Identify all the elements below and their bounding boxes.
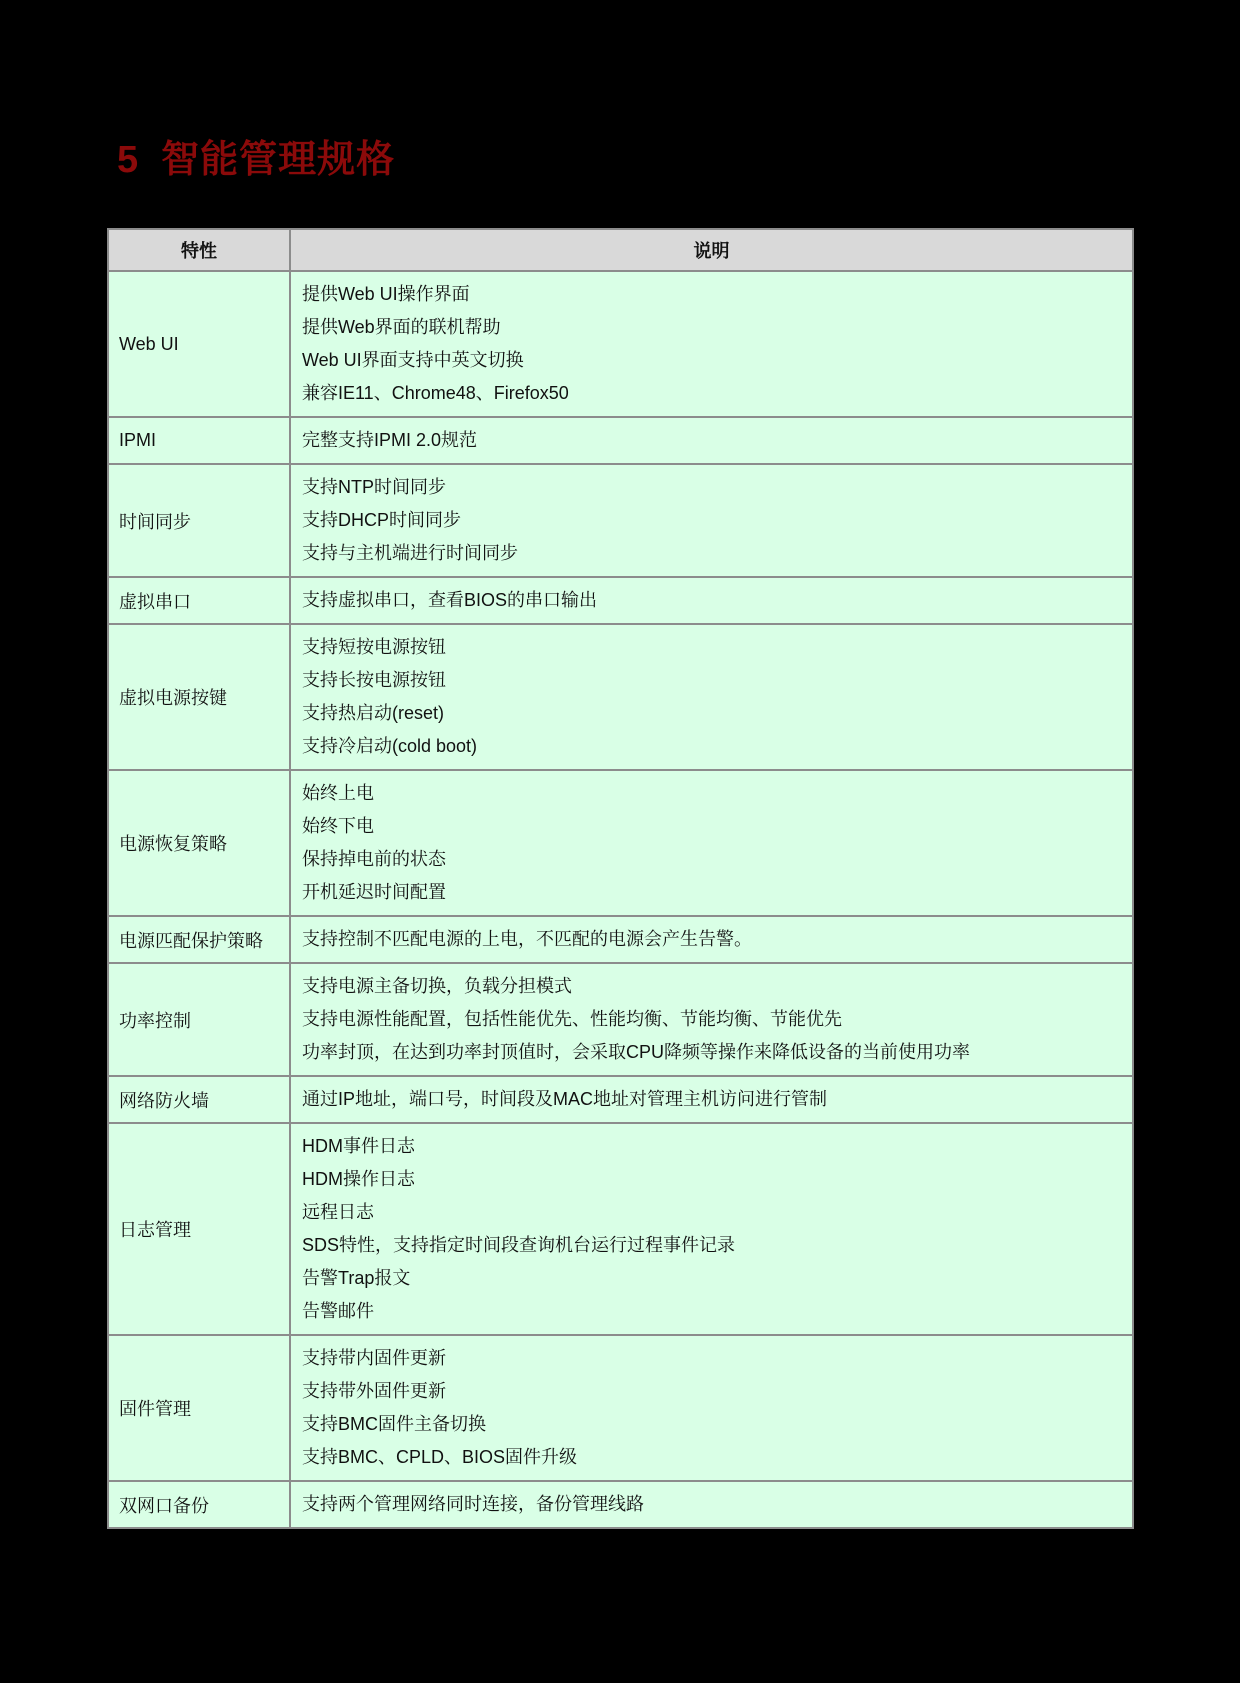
description-cell: 完整支持IPMI 2.0规范	[290, 417, 1133, 464]
description-line: 提供Web界面的联机帮助	[302, 311, 1121, 344]
feature-cell: 电源匹配保护策略	[108, 916, 290, 963]
feature-cell: 时间同步	[108, 464, 290, 577]
table-row: 双网口备份支持两个管理网络同时连接，备份管理线路	[108, 1481, 1133, 1528]
feature-cell: 电源恢复策略	[108, 770, 290, 916]
description-cell: HDM事件日志HDM操作日志远程日志SDS特性，支持指定时间段查询机台运行过程事…	[290, 1123, 1133, 1335]
description-line: SDS特性，支持指定时间段查询机台运行过程事件记录	[302, 1229, 1121, 1262]
feature-cell: 功率控制	[108, 963, 290, 1076]
table-header-row: 特性 说明	[108, 229, 1133, 271]
description-line: 支持冷启动(cold boot)	[302, 730, 1121, 763]
description-line: 开机延迟时间配置	[302, 876, 1121, 909]
table-row: 虚拟串口支持虚拟串口，查看BIOS的串口输出	[108, 577, 1133, 624]
section-heading: 5智能管理规格	[117, 128, 395, 183]
description-line: 支持NTP时间同步	[302, 471, 1121, 504]
description-line: 支持电源主备切换，负载分担模式	[302, 970, 1121, 1003]
description-cell: 支持两个管理网络同时连接，备份管理线路	[290, 1481, 1133, 1528]
description-line: 支持控制不匹配电源的上电，不匹配的电源会产生告警。	[302, 923, 1121, 956]
section-title-text: 智能管理规格	[161, 139, 395, 181]
table-row: 网络防火墙通过IP地址，端口号，时间段及MAC地址对管理主机访问进行管制	[108, 1076, 1133, 1123]
description-line: 保持掉电前的状态	[302, 843, 1121, 876]
table-row: Web UI提供Web UI操作界面提供Web界面的联机帮助Web UI界面支持…	[108, 271, 1133, 417]
table-row: IPMI完整支持IPMI 2.0规范	[108, 417, 1133, 464]
description-line: 完整支持IPMI 2.0规范	[302, 424, 1121, 457]
description-line: 兼容IE11、Chrome48、Firefox50	[302, 377, 1121, 410]
table-body: Web UI提供Web UI操作界面提供Web界面的联机帮助Web UI界面支持…	[108, 271, 1133, 1528]
description-line: 提供Web UI操作界面	[302, 278, 1121, 311]
description-cell: 始终上电始终下电保持掉电前的状态开机延迟时间配置	[290, 770, 1133, 916]
description-cell: 支持NTP时间同步支持DHCP时间同步支持与主机端进行时间同步	[290, 464, 1133, 577]
table-row: 虚拟电源按键支持短按电源按钮支持长按电源按钮支持热启动(reset)支持冷启动(…	[108, 624, 1133, 770]
feature-cell: 双网口备份	[108, 1481, 290, 1528]
feature-cell: 虚拟串口	[108, 577, 290, 624]
description-line: 支持带内固件更新	[302, 1342, 1121, 1375]
description-line: 支持DHCP时间同步	[302, 504, 1121, 537]
description-line: 支持与主机端进行时间同步	[302, 537, 1121, 570]
description-line: 始终下电	[302, 810, 1121, 843]
table-row: 功率控制支持电源主备切换，负载分担模式支持电源性能配置，包括性能优先、性能均衡、…	[108, 963, 1133, 1076]
column-header-feature: 特性	[108, 229, 290, 271]
description-line: 支持短按电源按钮	[302, 631, 1121, 664]
description-line: 告警邮件	[302, 1295, 1121, 1328]
feature-cell: 日志管理	[108, 1123, 290, 1335]
feature-cell: IPMI	[108, 417, 290, 464]
table-row: 固件管理支持带内固件更新支持带外固件更新支持BMC固件主备切换支持BMC、CPL…	[108, 1335, 1133, 1481]
description-line: 告警Trap报文	[302, 1262, 1121, 1295]
feature-cell: 网络防火墙	[108, 1076, 290, 1123]
table-row: 电源匹配保护策略支持控制不匹配电源的上电，不匹配的电源会产生告警。	[108, 916, 1133, 963]
spec-table: 特性 说明 Web UI提供Web UI操作界面提供Web界面的联机帮助Web …	[107, 228, 1134, 1529]
description-cell: 支持电源主备切换，负载分担模式支持电源性能配置，包括性能优先、性能均衡、节能均衡…	[290, 963, 1133, 1076]
table-row: 时间同步支持NTP时间同步支持DHCP时间同步支持与主机端进行时间同步	[108, 464, 1133, 577]
description-line: 通过IP地址，端口号，时间段及MAC地址对管理主机访问进行管制	[302, 1083, 1121, 1116]
table-row: 日志管理HDM事件日志HDM操作日志远程日志SDS特性，支持指定时间段查询机台运…	[108, 1123, 1133, 1335]
description-line: HDM事件日志	[302, 1130, 1121, 1163]
table-row: 电源恢复策略始终上电始终下电保持掉电前的状态开机延迟时间配置	[108, 770, 1133, 916]
column-header-description: 说明	[290, 229, 1133, 271]
description-cell: 支持虚拟串口，查看BIOS的串口输出	[290, 577, 1133, 624]
description-line: 支持长按电源按钮	[302, 664, 1121, 697]
description-line: 支持两个管理网络同时连接，备份管理线路	[302, 1488, 1121, 1521]
description-line: 支持热启动(reset)	[302, 697, 1121, 730]
description-line: 支持带外固件更新	[302, 1375, 1121, 1408]
description-cell: 支持短按电源按钮支持长按电源按钮支持热启动(reset)支持冷启动(cold b…	[290, 624, 1133, 770]
description-line: 支持BMC固件主备切换	[302, 1408, 1121, 1441]
feature-cell: 固件管理	[108, 1335, 290, 1481]
feature-cell: 虚拟电源按键	[108, 624, 290, 770]
description-cell: 支持带内固件更新支持带外固件更新支持BMC固件主备切换支持BMC、CPLD、BI…	[290, 1335, 1133, 1481]
description-line: 始终上电	[302, 777, 1121, 810]
description-line: 支持虚拟串口，查看BIOS的串口输出	[302, 584, 1121, 617]
description-cell: 通过IP地址，端口号，时间段及MAC地址对管理主机访问进行管制	[290, 1076, 1133, 1123]
description-line: 远程日志	[302, 1196, 1121, 1229]
section-number: 5	[117, 139, 139, 181]
description-line: 支持电源性能配置，包括性能优先、性能均衡、节能均衡、节能优先	[302, 1003, 1121, 1036]
description-line: 功率封顶，在达到功率封顶值时，会采取CPU降频等操作来降低设备的当前使用功率	[302, 1036, 1121, 1069]
description-cell: 支持控制不匹配电源的上电，不匹配的电源会产生告警。	[290, 916, 1133, 963]
description-line: HDM操作日志	[302, 1163, 1121, 1196]
description-line: Web UI界面支持中英文切换	[302, 344, 1121, 377]
feature-cell: Web UI	[108, 271, 290, 417]
description-line: 支持BMC、CPLD、BIOS固件升级	[302, 1441, 1121, 1474]
description-cell: 提供Web UI操作界面提供Web界面的联机帮助Web UI界面支持中英文切换兼…	[290, 271, 1133, 417]
